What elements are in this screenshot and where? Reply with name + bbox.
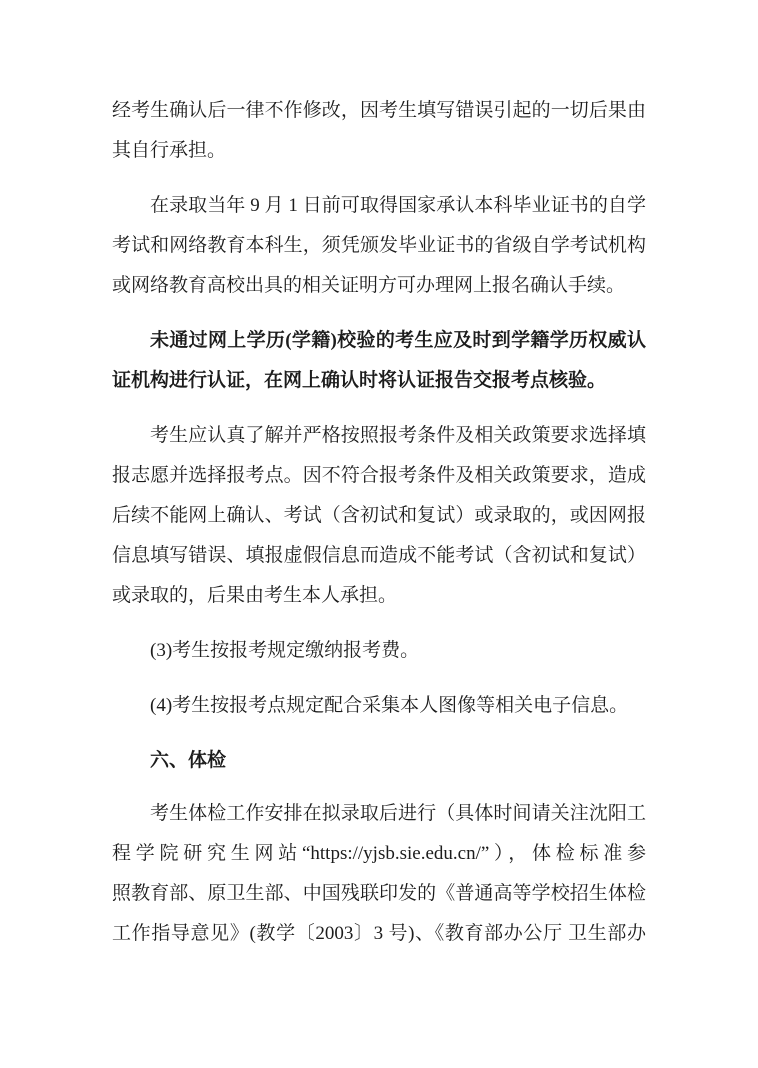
paragraph: 经考生确认后一律不作修改，因考生填写错误引起的一切后果由其自行承担。	[112, 91, 646, 171]
text-line: (3)考生按报考规定缴纳报考费。	[112, 631, 646, 671]
paragraph: (3)考生按报考规定缴纳报考费。	[112, 631, 646, 671]
text-line: 六、体检	[112, 741, 646, 781]
section-heading: 六、体检	[112, 741, 646, 781]
text-line: 后续不能网上确认、考试（含初试和复试）或录取的，或因网报	[112, 496, 646, 536]
text-line: 考试和网络教育本科生，须凭颁发毕业证书的省级自学考试机构	[112, 226, 646, 266]
text-line: 程学院研究生网站“https://yjsb.sie.edu.cn/”），体检标准…	[112, 834, 646, 874]
document-page: 经考生确认后一律不作修改，因考生填写错误引起的一切后果由其自行承担。在录取当年 …	[0, 0, 758, 1068]
text-line: 在录取当年 9 月 1 日前可取得国家承认本科毕业证书的自学	[112, 186, 646, 226]
text-line: 经考生确认后一律不作修改，因考生填写错误引起的一切后果由	[112, 91, 646, 131]
paragraph: 考生体检工作安排在拟录取后进行（具体时间请关注沈阳工程学院研究生网站“https…	[112, 794, 646, 954]
text-line: (4)考生按报考点规定配合采集本人图像等相关电子信息。	[112, 686, 646, 726]
document-content: 经考生确认后一律不作修改，因考生填写错误引起的一切后果由其自行承担。在录取当年 …	[112, 91, 646, 969]
text-line: 报志愿并选择报考点。因不符合报考条件及相关政策要求，造成	[112, 456, 646, 496]
text-line: 工作指导意见》(教学〔2003〕3 号)、《教育部办公厅 卫生部办	[112, 914, 646, 954]
text-line: 信息填写错误、填报虚假信息而造成不能考试（含初试和复试）	[112, 536, 646, 576]
text-line: 证机构进行认证，在网上确认时将认证报告交报考点核验。	[112, 361, 646, 401]
paragraph: 在录取当年 9 月 1 日前可取得国家承认本科毕业证书的自学考试和网络教育本科生…	[112, 186, 646, 306]
paragraph: 考生应认真了解并严格按照报考条件及相关政策要求选择填报志愿并选择报考点。因不符合…	[112, 416, 646, 616]
text-line: 其自行承担。	[112, 131, 646, 171]
text-line: 或网络教育高校出具的相关证明方可办理网上报名确认手续。	[112, 266, 646, 306]
text-line: 未通过网上学历(学籍)校验的考生应及时到学籍学历权威认	[112, 321, 646, 361]
text-line: 考生体检工作安排在拟录取后进行（具体时间请关注沈阳工	[112, 794, 646, 834]
paragraph: (4)考生按报考点规定配合采集本人图像等相关电子信息。	[112, 686, 646, 726]
text-line: 考生应认真了解并严格按照报考条件及相关政策要求选择填	[112, 416, 646, 456]
paragraph: 未通过网上学历(学籍)校验的考生应及时到学籍学历权威认证机构进行认证，在网上确认…	[112, 321, 646, 401]
text-line: 照教育部、原卫生部、中国残联印发的《普通高等学校招生体检	[112, 874, 646, 914]
text-line: 或录取的，后果由考生本人承担。	[112, 576, 646, 616]
